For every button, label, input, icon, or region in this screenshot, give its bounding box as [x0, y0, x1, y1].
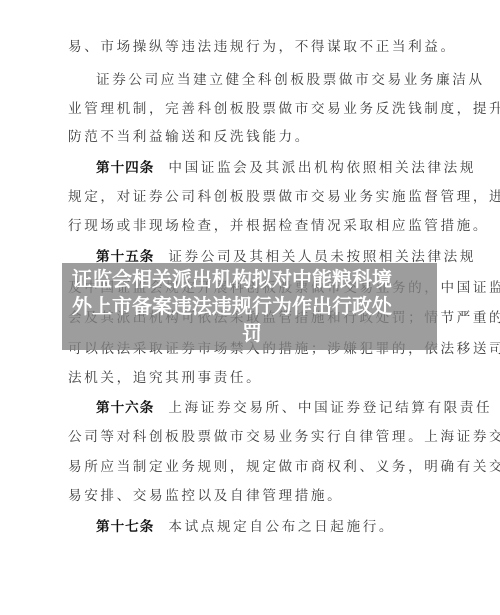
document-line: 业管理机制，完善科创板股票做市交易业务反洗钱制度，提升: [68, 98, 438, 120]
document-line: 易安排、交易监控以及自律管理措施。: [68, 485, 438, 507]
article-14-paragraph-start: 第十四条中国证监会及其派出机构依照相关法律法规: [96, 157, 466, 179]
document-line: 公司等对科创板股票做市交易业务实行自律管理。上海证券交: [68, 426, 438, 448]
document-line: 防范不当利益输送和反洗钱能力。: [68, 126, 438, 148]
headline-line-1: 证监会相关派出机构拟对中能粮科境: [72, 266, 432, 293]
document-page: 易、市场操纵等违法违规行为，不得谋取不正当利益。 证券公司应当建立健全科创板股票…: [0, 0, 500, 615]
article-16-paragraph-start: 第十六条上海证券交易所、中国证券登记结算有限责任: [96, 397, 466, 419]
article-text: 本试点规定自公布之日起施行。: [168, 519, 395, 535]
document-line: 规定，对证券公司科创板股票做市交易业务实施监督管理，进: [68, 186, 438, 208]
document-line: 行现场或非现场检查，并根据检查情况采取相应监管措施。: [68, 215, 438, 237]
document-line: 证券公司应当建立健全科创板股票做市交易业务廉洁从: [96, 69, 466, 91]
headline-overlay: 证监会相关派出机构拟对中能粮科境 外上市备案违法违规行为作出行政处 罚: [62, 263, 437, 350]
article-17-paragraph-start: 第十七条本试点规定自公布之日起施行。: [96, 516, 466, 538]
article-number: 第十六条: [96, 400, 154, 416]
article-number: 第十四条: [96, 160, 154, 176]
headline-line-2: 外上市备案违法违规行为作出行政处: [72, 293, 432, 320]
article-number: 第十七条: [96, 519, 154, 535]
document-line: 易、市场操纵等违法违规行为，不得谋取不正当利益。: [68, 36, 438, 58]
article-text: 上海证券交易所、中国证券登记结算有限责任: [168, 400, 492, 416]
document-line: 易所应当制定业务规则，规定做市商权利、义务，明确有关交: [68, 456, 438, 478]
headline-line-3: 罚: [72, 320, 432, 347]
article-text: 中国证监会及其派出机构依照相关法律法规: [168, 160, 476, 176]
headline-title: 证监会相关派出机构拟对中能粮科境 外上市备案违法违规行为作出行政处 罚: [72, 266, 432, 347]
document-line: 法机关，追究其刑事责任。: [68, 367, 438, 389]
